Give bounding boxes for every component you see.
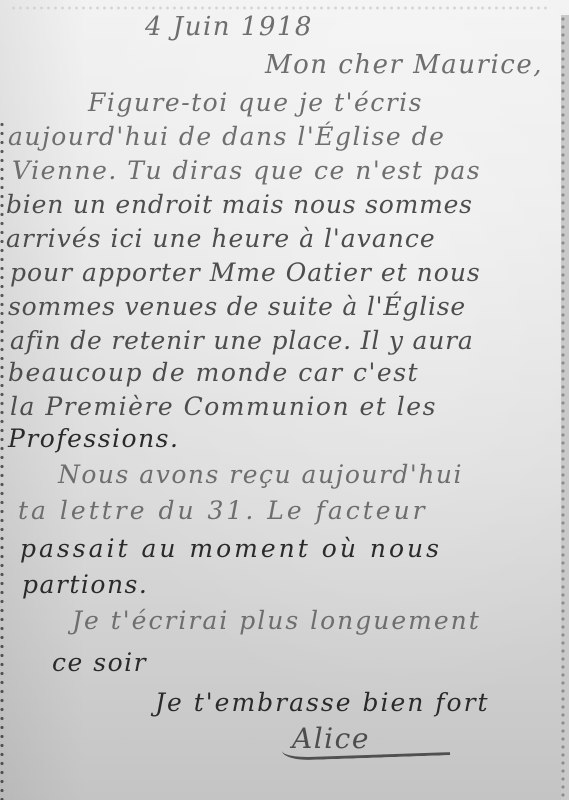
body-line: beaucoup de monde car c'est [8,358,419,387]
body-line: sommes venues de suite à l'Église [8,292,466,321]
body-line: Je t'écrirai plus longuement [72,606,481,635]
letter-closing: Je t'embrasse bien fort [155,688,490,717]
letter-salutation: Mon cher Maurice, [265,50,543,80]
perforated-edge-right [561,15,569,800]
body-line: aujourd'hui de dans l'Église de [8,122,445,151]
body-line: afin de retenir une place. Il y aura [10,326,474,355]
body-line: Vienne. Tu diras que ce n'est pas [12,156,481,185]
body-line: bien un endroit mais nous sommes [6,190,473,219]
body-line: la Première Communion et les [10,392,437,421]
body-line: arrivés ici une heure à l'avance [6,224,436,253]
body-line: pour apporter Mme Oatier et nous [10,258,481,287]
perforated-edge-top [10,6,549,10]
body-line: passait au moment où nous [20,534,442,563]
body-line: Nous avons reçu aujourd'hui [58,460,463,489]
body-line: ta lettre du 31. Le facteur [18,496,428,525]
body-line: Figure-toi que je t'écris [88,88,423,117]
body-line: ce soir [52,648,147,677]
letter-date: 4 Juin 1918 [145,12,313,42]
perforated-edge-left [0,120,4,800]
letter-card: 4 Juin 1918 Mon cher Maurice, Figure-toi… [0,0,569,800]
body-line: partions. [22,570,148,599]
body-line: Professions. [8,424,179,453]
